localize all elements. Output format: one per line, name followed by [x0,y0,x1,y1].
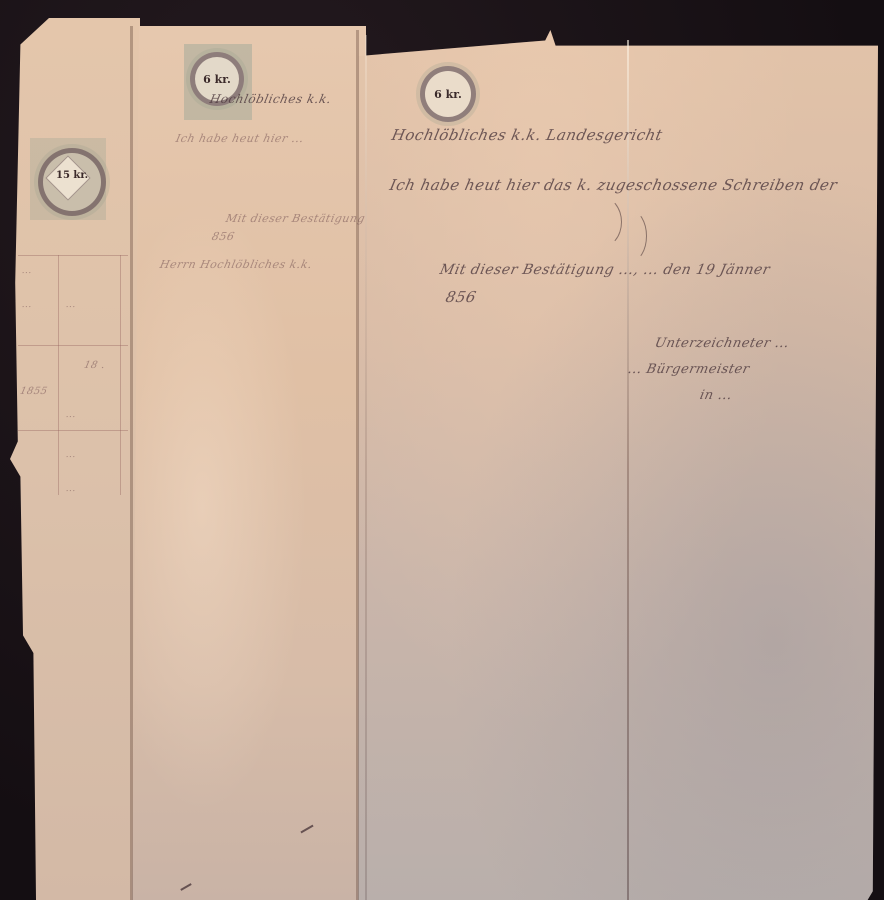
ledger-rule [18,430,128,431]
ledger-column-rule [120,255,121,495]
handwritten-line: Hochlöbliches k.k. [209,92,333,106]
stamp-value: 15 kr. [56,170,88,181]
ledger-entry: ... [21,300,33,310]
signature-line: in ... [698,388,733,403]
bracket-flourish [615,210,647,262]
vertical-fold-crease-left [365,35,367,900]
handwritten-line: Herrn Hochlöbliches k.k. [159,258,314,271]
vertical-fold-crease [627,40,629,900]
handwritten-year: 856 [211,230,236,243]
middle-sheet-edge [356,30,359,900]
signature-line: Unterzeichneter ... [653,336,790,351]
handwritten-line: Ich habe heut hier ... [175,132,305,145]
ledger-entry: ... [65,410,77,420]
handwritten-line: Mit dieser Bestätigung [225,212,367,225]
handwritten-line: Ich habe heut hier das k. zugeschossene … [388,176,839,194]
middle-paper-sheet [132,26,366,900]
main-paper-sheet [358,30,878,900]
ledger-rule [18,255,128,256]
document-photo: 6 kr. 6 kr. 15 kr. Hochlöbliches k.k. La… [0,0,884,900]
handwritten-year: 856 [444,288,478,306]
ledger-entry: ... [65,484,77,494]
ledger-entry: 1855 [19,386,49,397]
handwritten-line: Mit dieser Bestätigung ..., ... den 19 J… [438,262,771,278]
ledger-entry: ... [21,266,33,276]
ledger-column-rule [58,255,59,495]
ledger-entry: ... [65,300,77,310]
signature-line: ... Bürgermeister [626,362,751,377]
stamp-value: 6 kr. [203,73,231,86]
ledger-entry: 18 . [83,360,106,371]
ledger-rule [18,345,128,346]
left-strip-edge [130,26,133,900]
stamp-value: 6 kr. [434,88,462,101]
revenue-stamp-main: 6 kr. [420,66,476,122]
ledger-entry: ... [65,450,77,460]
handwritten-line: Hochlöbliches k.k. Landesgericht [390,126,664,144]
